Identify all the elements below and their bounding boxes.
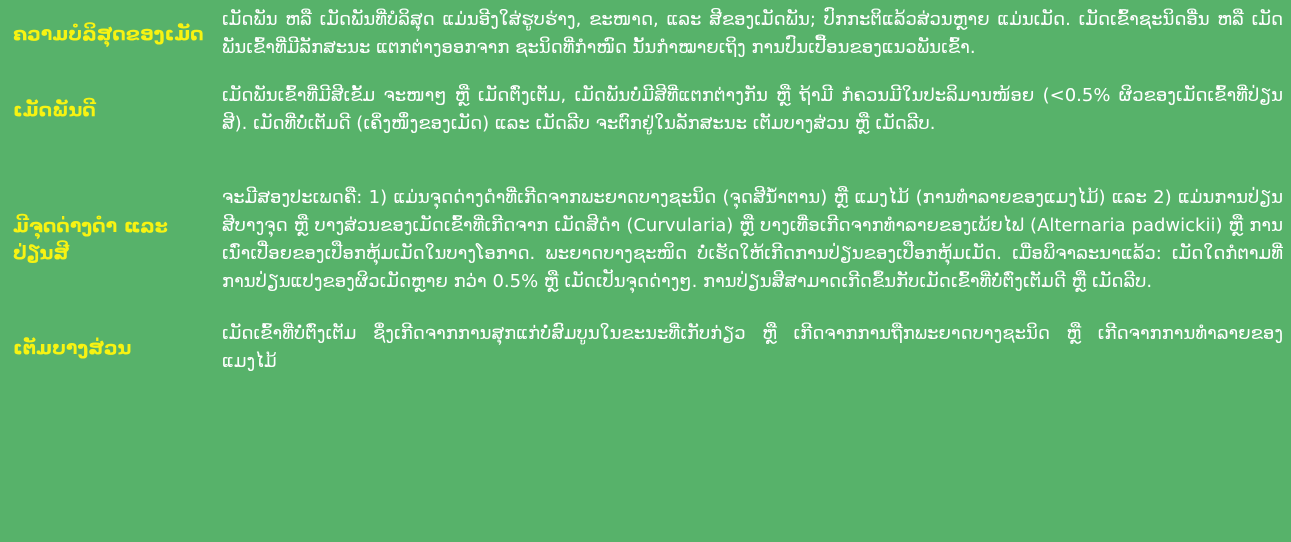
definition-text: ຈະມີສອງປະເພດຄື: 1) ແມ່ນຈຸດດ່າງດຳທີ່ເກີດຈ… <box>222 187 1283 292</box>
term-label: ມີຈຸດດ່າງດຳ ແລະ ປ່ຽນສີ <box>13 215 168 264</box>
term-cell: ເມັດພັນດີ <box>13 97 222 124</box>
term-cell: ເຕັມບາງສ່ວນ <box>13 335 222 362</box>
table-row: ເມັດພັນດີ ເມັດພັນເຂົ້າທີ່ມີສີເຂັ້ມ ຈະໜາໆ… <box>13 82 1283 138</box>
table-row: ຄວາມບໍລິສຸດຂອງເມັດ ເມັດພັນ ຫລື ເມັດພັນທີ… <box>13 6 1283 62</box>
definition-cell: ເມັດເຂົ້າທີ່ບໍ່ຕົ່ງເຕັມ ຊຶ່ງເກີດຈາກການສຸ… <box>222 320 1283 376</box>
term-label: ເຕັມບາງສ່ວນ <box>13 337 131 359</box>
term-cell: ຄວາມບໍລິສຸດຂອງເມັດ <box>13 21 222 48</box>
seed-quality-definition-table: ຄວາມບໍລິສຸດຂອງເມັດ ເມັດພັນ ຫລື ເມັດພັນທີ… <box>0 0 1291 542</box>
term-cell: ມີຈຸດດ່າງດຳ ແລະ ປ່ຽນສີ <box>13 213 222 267</box>
definition-cell: ຈະມີສອງປະເພດຄື: 1) ແມ່ນຈຸດດ່າງດຳທີ່ເກີດຈ… <box>222 184 1283 296</box>
definition-text: ເມັດພັນເຂົ້າທີ່ມີສີເຂັ້ມ ຈະໜາໆ ຫຼື ເມັດຕ… <box>222 85 1283 134</box>
definition-cell: ເມັດພັນ ຫລື ເມັດພັນທີ່ບໍລິສຸດ ແມ່ນອີງໃສ່… <box>222 6 1283 62</box>
table-row: ເຕັມບາງສ່ວນ ເມັດເຂົ້າທີ່ບໍ່ຕົ່ງເຕັມ ຊຶ່ງ… <box>13 320 1283 376</box>
table-row: ມີຈຸດດ່າງດຳ ແລະ ປ່ຽນສີ ຈະມີສອງປະເພດຄື: 1… <box>13 184 1283 296</box>
term-label: ເມັດພັນດີ <box>13 99 96 121</box>
definition-text: ເມັດເຂົ້າທີ່ບໍ່ຕົ່ງເຕັມ ຊຶ່ງເກີດຈາກການສຸ… <box>222 323 1283 372</box>
definition-text: ເມັດພັນ ຫລື ເມັດພັນທີ່ບໍລິສຸດ ແມ່ນອີງໃສ່… <box>222 9 1283 58</box>
term-label: ຄວາມບໍລິສຸດຂອງເມັດ <box>13 23 204 45</box>
definition-cell: ເມັດພັນເຂົ້າທີ່ມີສີເຂັ້ມ ຈະໜາໆ ຫຼື ເມັດຕ… <box>222 82 1283 138</box>
